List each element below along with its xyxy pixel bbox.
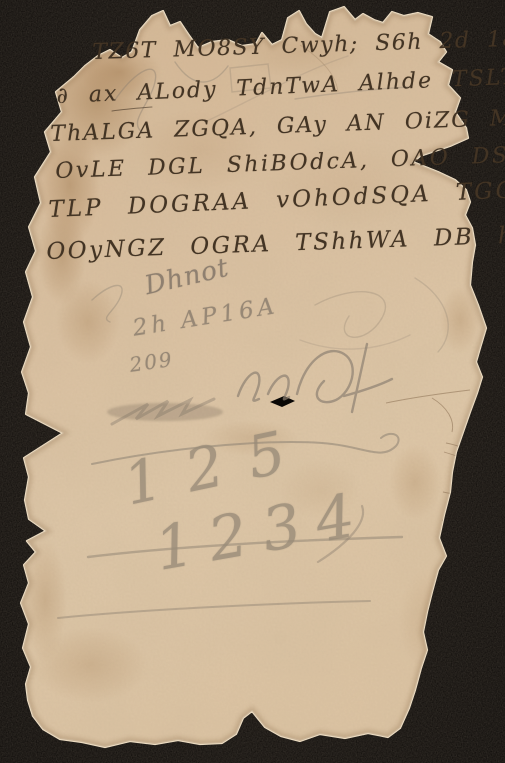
photo-stage: TZ6T MO8SY Cwyh; S6h 2d 1867 ∂ ax ALody … [0, 0, 505, 763]
manuscript-photo [0, 0, 505, 763]
